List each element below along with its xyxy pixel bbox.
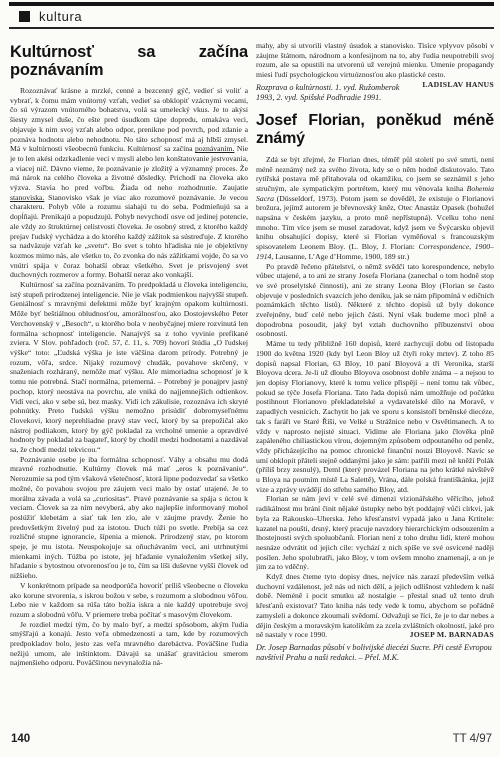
section-bullet-icon	[19, 11, 30, 22]
paragraph-segment: Když dnes čteme tyto dopisy dnes, nejvíc…	[256, 572, 494, 639]
article2-paragraph-1: Zdá se být zřejmé, že Florian dnes, témě…	[256, 155, 494, 262]
top-rule	[9, 2, 494, 6]
article2-translator-note: Dr. Josep Barnadas působí v bolivijské d…	[256, 643, 494, 663]
article1-paragraph-3: Poznávanie osebe je iba formálna schopno…	[10, 455, 248, 581]
section-header: kultura	[19, 9, 82, 23]
article1-paragraph-2: Kultúrnosť sa začína poznávaním. To pred…	[10, 280, 248, 455]
issue-label: TT 4/97	[453, 733, 492, 745]
paragraph-segment: Stanovisko však je viac ako rozumové poz…	[10, 193, 248, 280]
page-number: 140	[11, 733, 30, 745]
underlined-word: stanoviska.	[10, 193, 44, 202]
section-label: kultura	[39, 9, 82, 24]
article1-title: Kultúrnosť sa začína poznávaním	[10, 43, 248, 79]
article2-title: Josef Florian, poněkud méně známý	[256, 112, 494, 148]
right-column: mahy, aby si utvorili vlastný úsudok a s…	[256, 41, 494, 717]
paragraph-segment: Lausanne, L’Age d’Homme, 1900, 189 str.)	[273, 252, 409, 261]
article1-paragraph-1: Rozoznávať krásne a mrzké, cenné a bezce…	[10, 86, 248, 280]
underlined-word: poznávaním.	[195, 144, 235, 153]
paragraph-segment: Rozoznávať krásne a mrzké, cenné a bezce…	[10, 86, 248, 153]
article1-paragraph-4: V konkrétnom prípade sa neodporúča hovor…	[10, 581, 248, 620]
magazine-page: kultura Kultúrnosť sa začína poznávaním …	[0, 0, 500, 757]
paragraph-segment: mahy, aby si utvorili vlastný úsudok a s…	[256, 41, 494, 79]
article2-paragraph-3: Máme tu tedy přibližně 160 dopisů, které…	[256, 339, 494, 494]
header-rule	[9, 27, 494, 29]
article2-paragraph-2: Po pravdě řečeno přátelství, o němž svěd…	[256, 262, 494, 340]
left-column: Kultúrnosť sa začína poznávaním Rozoznáv…	[10, 41, 248, 717]
article2-author: JOSEP M. BARNADAS	[394, 630, 494, 640]
article1-paragraph-5-left: Je rozdiel medzi tým, čo by malo byť, a …	[10, 620, 248, 669]
paragraph-segment: Zdá se být zřejmé, že Florian dnes, témě…	[256, 155, 494, 193]
article2-paragraph-4: Florian se nám jeví v celé své dimenzi v…	[256, 494, 494, 572]
article1-paragraph-5-continued: mahy, aby si utvorili vlastný úsudok a s…	[256, 41, 494, 80]
article2-paragraph-5: Když dnes čteme tyto dopisy dnes, nejvíc…	[256, 572, 494, 640]
article1-author: LADISLAV HANUS	[416, 80, 494, 90]
